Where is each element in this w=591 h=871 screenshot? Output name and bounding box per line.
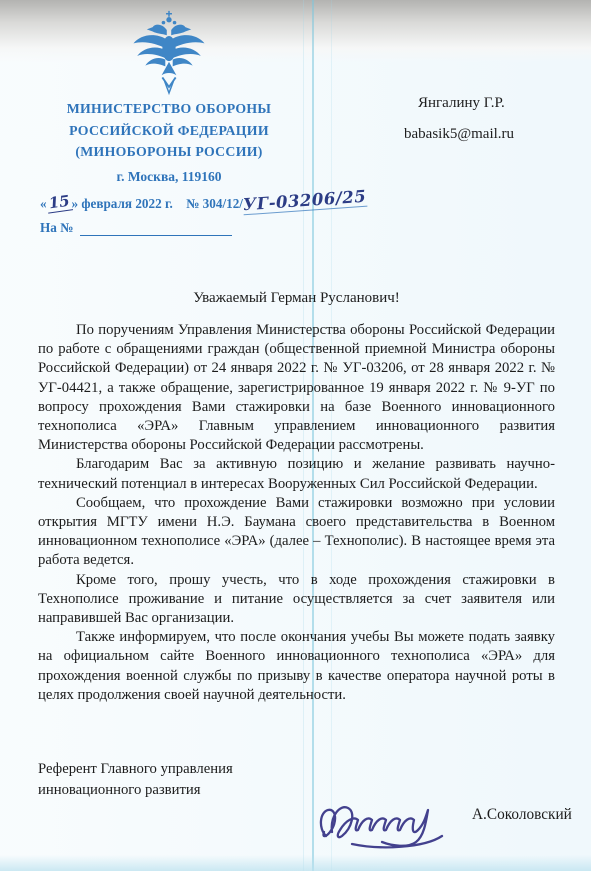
reference-label: На № [40, 220, 73, 236]
date-month-year: февраля 2022 г. [81, 196, 172, 211]
reference-number-line: На № [40, 220, 298, 236]
salutation: Уважаемый Герман Русланович! [38, 290, 555, 307]
signer-position-line2: инновационного развития [38, 780, 233, 801]
date-and-number-line: «15» февраля 2022 г. № 304/12/УГ-03206/2… [40, 193, 298, 213]
handwritten-outgoing-number: УГ-03206/25 [242, 186, 367, 215]
signer-position-line1: Референт Главного управления [38, 759, 233, 780]
body-paragraph: Кроме того, прошу учесть, что в ходе про… [38, 571, 555, 629]
scanned-letter-page: МИНИСТЕРСТВО ОБОРОНЫ РОССИЙСКОЙ ФЕДЕРАЦИ… [0, 0, 591, 871]
handwritten-day: 15 [45, 191, 72, 213]
recipient-email: babasik5@mail.ru [404, 126, 514, 143]
signer-name: А.Соколовский [472, 806, 572, 824]
org-name-line3: (МИНОБОРОНЫ РОССИИ) [40, 144, 298, 161]
body-paragraph: По поручениям Управления Министерства об… [38, 321, 555, 455]
body-paragraph: Также информируем, что после окончания у… [38, 628, 555, 705]
body-paragraph: Благодарим Вас за активную позицию и жел… [38, 455, 555, 493]
signer-position-block: Референт Главного управления инновационн… [38, 759, 233, 800]
mod-double-eagle-emblem-icon [132, 10, 206, 96]
org-name-line2: РОССИЙСКОЙ ФЕДЕРАЦИИ [40, 123, 298, 140]
letter-body: По поручениям Управления Министерства об… [38, 321, 555, 705]
handwritten-signature-icon [316, 792, 466, 852]
letterhead: МИНИСТЕРСТВО ОБОРОНЫ РОССИЙСКОЙ ФЕДЕРАЦИ… [40, 8, 298, 236]
reference-blank-underline [80, 222, 232, 236]
org-address: г. Москва, 119160 [40, 169, 298, 185]
recipient-name: Янгалину Г.Р. [404, 95, 514, 112]
body-paragraph: Сообщаем, что прохождение Вами стажировк… [38, 494, 555, 571]
scan-bottom-shadow [0, 855, 591, 871]
recipient-block: Янгалину Г.Р. babasik5@mail.ru [404, 95, 514, 143]
org-name-line1: МИНИСТЕРСТВО ОБОРОНЫ [40, 101, 298, 118]
outgoing-number-prefix: № 304/12/ [186, 196, 243, 211]
